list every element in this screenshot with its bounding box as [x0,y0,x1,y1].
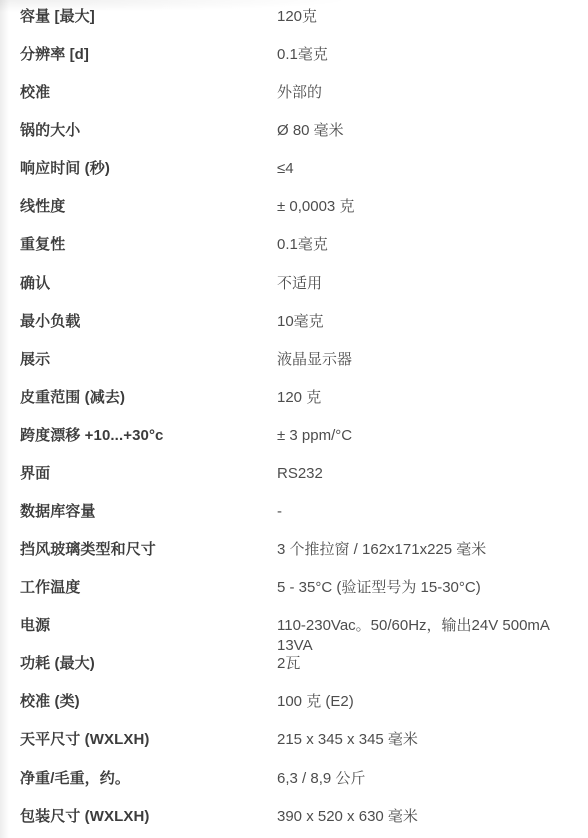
spec-label: 电源 [20,616,277,636]
spec-row: 跨度漂移 +10...+30°c ± 3 ppm/°C [0,419,588,457]
spec-row: 线性度 ± 0,0003 克 [0,190,588,228]
spec-label: 天平尺寸 (WXLXH) [20,730,277,750]
spec-value: 100 克 (E2) [277,692,588,712]
spec-row: 皮重范围 (减去) 120 克 [0,381,588,419]
spec-value: ≤4 [277,159,588,179]
spec-row: 界面 RS232 [0,457,588,495]
spec-row: 校准 (类) 100 克 (E2) [0,685,588,723]
spec-label: 容量 [最大] [20,7,277,27]
spec-row: 天平尺寸 (WXLXH) 215 x 345 x 345 毫米 [0,723,588,761]
spec-row: 响应时间 (秒) ≤4 [0,152,588,190]
spec-row: 分辨率 [d] 0.1毫克 [0,38,588,76]
spec-label: 响应时间 (秒) [20,159,277,179]
spec-row: 电源 110-230Vac。50/60Hz，输出24V 500mA 13VA [0,609,588,647]
spec-value: 外部的 [277,83,588,103]
spec-label: 展示 [20,350,277,370]
spec-value: 2瓦 [277,654,588,674]
spec-value: 不适用 [277,274,588,294]
spec-label: 跨度漂移 +10...+30°c [20,426,277,446]
spec-table: 容量 [最大] 120克 分辨率 [d] 0.1毫克 校准 外部的 锅的大小 Ø… [0,0,588,838]
spec-label: 线性度 [20,197,277,217]
spec-value: 0.1毫克 [277,45,588,65]
spec-row: 包装尺寸 (WXLXH) 390 x 520 x 630 毫米 [0,800,588,838]
spec-value: 110-230Vac。50/60Hz，输出24V 500mA 13VA [277,616,588,656]
spec-label: 净重/毛重，约。 [20,769,277,789]
spec-value: 0.1毫克 [277,235,588,255]
spec-row: 挡风玻璃类型和尺寸 3 个推拉窗 / 162x171x225 毫米 [0,533,588,571]
spec-label: 数据库容量 [20,502,277,522]
spec-value: 390 x 520 x 630 毫米 [277,807,588,827]
spec-value: 215 x 345 x 345 毫米 [277,730,588,750]
spec-label: 锅的大小 [20,121,277,141]
spec-value: RS232 [277,464,588,484]
spec-row: 最小负载 10毫克 [0,305,588,343]
spec-label: 校准 (类) [20,692,277,712]
spec-label: 皮重范围 (减去) [20,388,277,408]
spec-value: ± 0,0003 克 [277,197,588,217]
spec-label: 功耗 (最大) [20,654,277,674]
spec-row: 展示 液晶显示器 [0,343,588,381]
spec-row: 确认 不适用 [0,267,588,305]
spec-value: - [277,502,588,522]
spec-row: 锅的大小 Ø 80 毫米 [0,114,588,152]
spec-value: 120 克 [277,388,588,408]
spec-label: 分辨率 [d] [20,45,277,65]
spec-value: ± 3 ppm/°C [277,426,588,446]
spec-label: 校准 [20,83,277,103]
spec-label: 确认 [20,274,277,294]
spec-label: 包装尺寸 (WXLXH) [20,807,277,827]
spec-row: 工作温度 5 - 35°C (验证型号为 15-30°C) [0,571,588,609]
spec-value: 120克 [277,7,588,27]
spec-row: 校准 外部的 [0,76,588,114]
spec-value: Ø 80 毫米 [277,121,588,141]
spec-label: 最小负载 [20,312,277,332]
spec-value: 10毫克 [277,312,588,332]
spec-value: 6,3 / 8,9 公斤 [277,769,588,789]
spec-row: 净重/毛重，约。 6,3 / 8,9 公斤 [0,762,588,800]
spec-row: 数据库容量 - [0,495,588,533]
spec-label: 挡风玻璃类型和尺寸 [20,540,277,560]
spec-row: 容量 [最大] 120克 [0,0,588,38]
spec-label: 界面 [20,464,277,484]
spec-value: 3 个推拉窗 / 162x171x225 毫米 [277,540,588,560]
spec-label: 重复性 [20,235,277,255]
spec-row: 重复性 0.1毫克 [0,228,588,266]
spec-value: 液晶显示器 [277,350,588,370]
spec-label: 工作温度 [20,578,277,598]
spec-value: 5 - 35°C (验证型号为 15-30°C) [277,578,588,598]
